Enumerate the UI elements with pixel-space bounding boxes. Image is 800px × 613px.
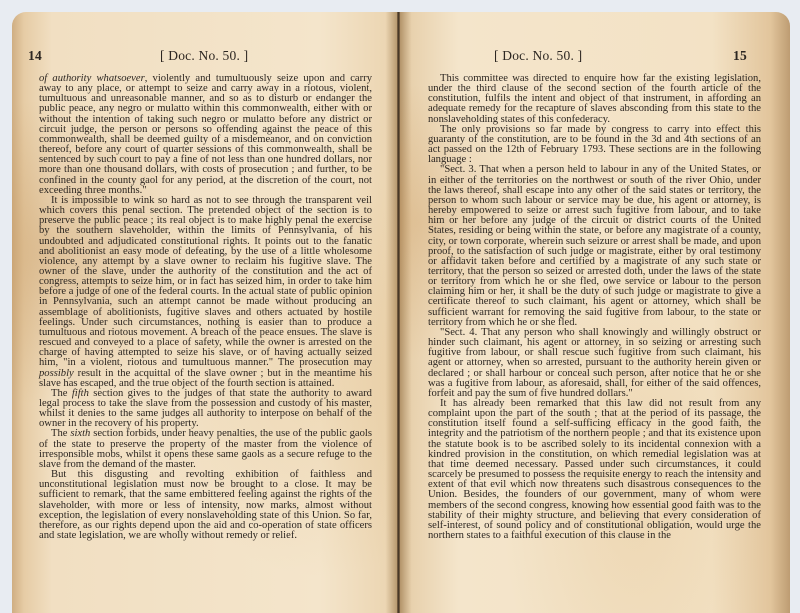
- right-page: [ Doc. No. 50. ] 15 This committee was d…: [400, 12, 790, 613]
- paragraph-text: It is impossible to wink so hard as not …: [39, 195, 372, 369]
- paragraph: The sixth section forbids, under heavy p…: [39, 429, 372, 470]
- paragraph-text: section gives to the judges of that stat…: [39, 388, 372, 429]
- running-head: [ Doc. No. 50. ]: [494, 48, 582, 64]
- running-head: [ Doc. No. 50. ]: [160, 48, 248, 64]
- paragraph: It has already been remarked that this l…: [428, 399, 761, 541]
- page-number: 15: [733, 48, 747, 64]
- paragraph-text: result in the acquittal of the slave own…: [39, 368, 372, 389]
- paragraph: This committee was directed to enquire h…: [428, 74, 761, 125]
- quoted-section: "Sect. 4. That any person who shall know…: [428, 328, 761, 399]
- paragraph: The only provisions so far made by congr…: [428, 125, 761, 166]
- page-body: of authority whatsoever, violently and t…: [39, 74, 372, 541]
- paragraph: of authority whatsoever, violently and t…: [39, 74, 372, 196]
- left-page: 14 [ Doc. No. 50. ] of authority whatsoe…: [12, 12, 397, 613]
- quoted-section: "Sect. 3. That when a person held to lab…: [428, 165, 761, 328]
- book-spread: 14 [ Doc. No. 50. ] of authority whatsoe…: [12, 12, 790, 613]
- page-body: This committee was directed to enquire h…: [428, 74, 761, 541]
- paragraph: The fifth section gives to the judges of…: [39, 389, 372, 430]
- paragraph: It is impossible to wink so hard as not …: [39, 196, 372, 389]
- paragraph: But this disgusting and revolting exhibi…: [39, 470, 372, 541]
- page-number: 14: [28, 48, 42, 64]
- paragraph-text: , violently and tumultuously seize upon …: [39, 73, 372, 196]
- paragraph-text: But this disgusting and revolting exhibi…: [39, 469, 372, 541]
